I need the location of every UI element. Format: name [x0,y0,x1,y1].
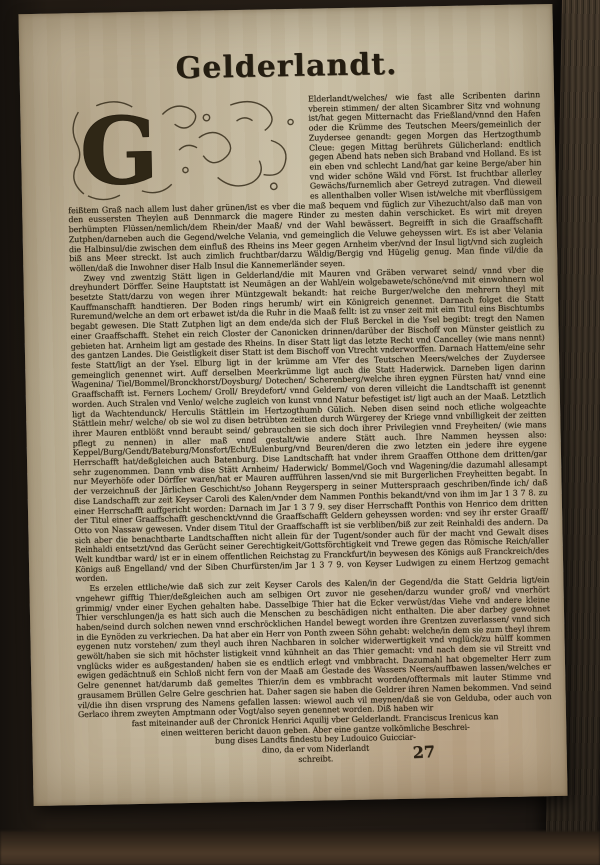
paragraph-1: G Elderlandt/welches/ wie fast alle Scri… [66,90,543,274]
book-page: Gelderlandt. [18,4,567,806]
text-block: G Elderlandt/welches/ wie fast alle Scri… [66,90,553,768]
ornate-initial-woodcut: G [66,96,302,204]
table-surface [0,831,600,865]
page-number: 27 [412,742,435,762]
tapered-colophon: fast miteinander auß der Chronick Henric… [78,711,553,769]
drop-cap-letter: G [79,97,160,205]
photo-background: Gelderlandt. [0,0,600,865]
page-title: Gelderlandt. [19,44,554,89]
drop-cap-decoration-icon: G [66,96,302,204]
paragraph-2: Zwey vnd zwentzig Stätt ligen in Gelderl… [69,265,549,585]
paragraph-3: Es erzelen ettliche/wie daß sich zur zei… [75,575,552,720]
